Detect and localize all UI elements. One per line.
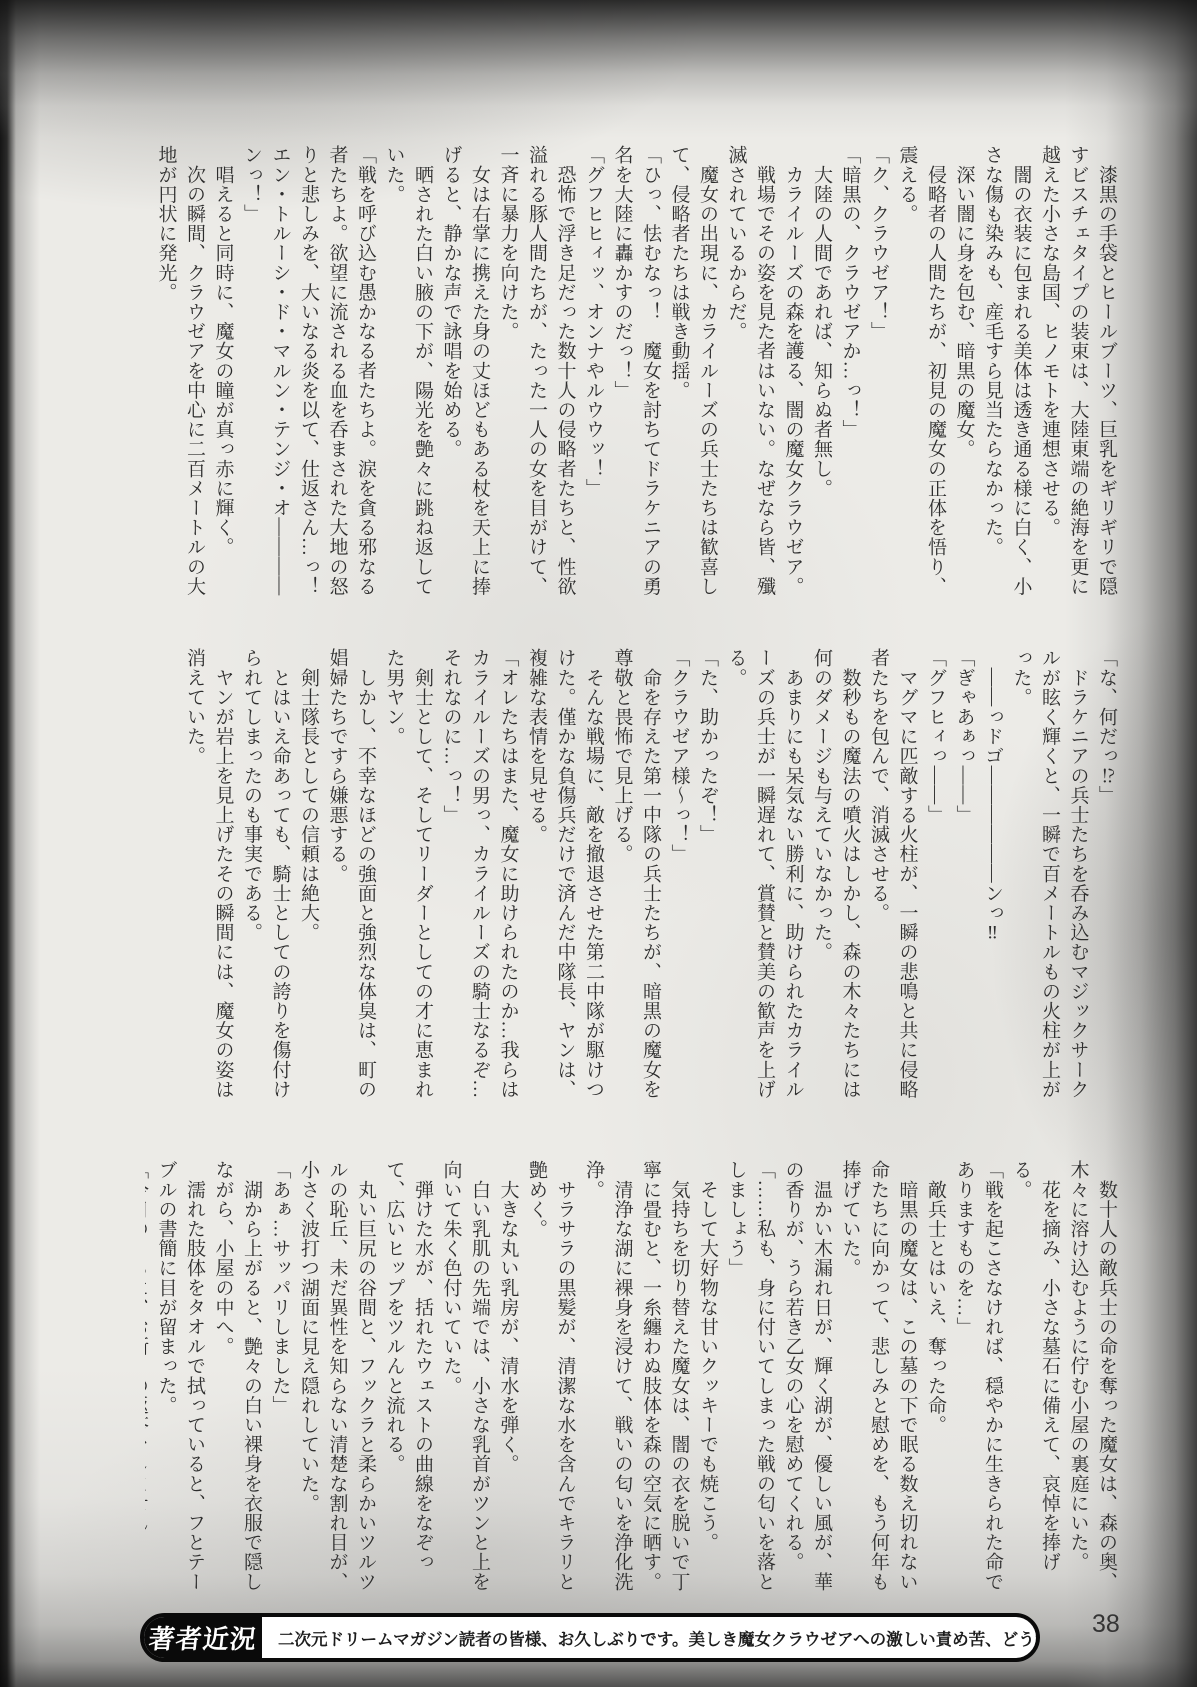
paragraph: 命を存えた第一中隊の兵士たちが、暗黒の魔女を尊敬と畏怖で見上げる。 — [607, 648, 664, 1104]
paragraph: 濡れた肢体をタオルで拭っていると、フとテーブルの書簡に目が留まった。 — [151, 1160, 208, 1596]
paragraph: 数十人の敵兵士の命を奪った魔女は、森の奥、木々に溶け込むように佇む小屋の裏庭にい… — [1063, 1160, 1120, 1596]
paragraph: 「暗黒の、クラウゼアか…っ！」 — [835, 145, 864, 609]
paragraph: 「あぁ…サッパリしました」 — [265, 1160, 294, 1596]
paragraph: 「た、助かったぞ！」 — [693, 648, 722, 1104]
paragraph: 剣士として、そしてリーダーとしての才に恵まれた男ヤン。 — [379, 648, 436, 1104]
paragraph: 大きな丸い乳房が、清水を弾く。 — [493, 1160, 522, 1596]
paragraph: 次の瞬間、クラウゼアを中心に二百メートルの大地が円状に発光。 — [151, 145, 208, 609]
paragraph: 湖から上がると、艶々の白い裸身を衣服で隠しながら、小屋の中へ。 — [208, 1160, 265, 1596]
paragraph: 白い乳肌の先端では、小さな乳首がツンと上を向いて朱く色付いていた。 — [436, 1160, 493, 1596]
paragraph: 弾けた水が、括れたウェストの曲線をなぞって、広いヒップをツルんと流れる。 — [379, 1160, 436, 1596]
paragraph: 「オレたちはまた、魔女に助けられたのか…我らはカライルーズの男っ、カライルーズの… — [436, 648, 522, 1104]
paragraph: そして大好物な甘いクッキーでも焼こう。 — [693, 1160, 722, 1596]
author-note-label: 著者近況 — [144, 1617, 262, 1658]
paragraph: ヤンが岩上を見上げたその瞬間には、魔女の姿は消えていた。 — [180, 648, 237, 1104]
text-band-bottom: 数十人の敵兵士の命を奪った魔女は、森の奥、木々に溶け込むように佇む小屋の裏庭にい… — [145, 1160, 1120, 1596]
text-band-middle: 「な、何だっ⁉」 ドラケニアの兵士たちを呑み込むマジックサークルが眩く輝くと、一… — [145, 648, 1120, 1104]
author-note-bar: 著者近況 二次元ドリームマガジン読者の皆様、お久しぶりです。美しき魔女クラウゼア… — [140, 1613, 1040, 1662]
paragraph: とはいえ命あっても、騎士としての誇りを傷付けられてしまったのも事実である。 — [237, 648, 294, 1104]
paragraph: 「ぎゃあぁっ――」 — [949, 648, 978, 1104]
paragraph: 敵兵士とはいえ、奪った命。 — [921, 1160, 950, 1596]
paragraph: 女は右掌に携えた身の丈ほどもある杖を天上に捧げると、静かな声で詠唱を始める。 — [436, 145, 493, 609]
paragraph: 丸い巨尻の谷間と、フックラと柔らかいツルツルの恥丘、未だ異性を知らない清楚な割れ… — [294, 1160, 380, 1596]
paragraph: サラサラの黒髪が、清潔な水を含んでキラリと艶めく。 — [522, 1160, 579, 1596]
paragraph: 「戦を呼び込む愚かなる者たちよ。涙を貪る邪なる者たちよ。欲望に流される血を呑まさ… — [237, 145, 380, 609]
paragraph: 気持ちを切り替えた魔女は、闇の衣を脱いで丁寧に畳むと、一糸纏わぬ肢体を森の空気に… — [636, 1160, 693, 1596]
paragraph: 数秒もの魔法の噴火はしかし、森の木々たちには何のダメージも与えていなかった。 — [807, 648, 864, 1104]
paragraph: 「グフヒィっ――」 — [921, 648, 950, 1104]
paragraph: 「ク、クラウゼア！」 — [864, 145, 893, 609]
paragraph: しかし、不幸なほどの強面と強烈な体臭は、町の娼婦たちですら嫌悪する。 — [322, 648, 379, 1104]
author-note-message: 二次元ドリームマガジン読者の皆様、お久しぶりです。美しき魔女クラウゼアへの激しい… — [262, 1617, 1036, 1658]
paragraph: 温かい木漏れ日が、輝く湖が、優しい風が、華の香りが、うら若き乙女の心を慰めてくれ… — [778, 1160, 835, 1596]
paragraph: 清浄な湖に裸身を浸けて、戦いの匂いを浄化洗浄。 — [579, 1160, 636, 1596]
paragraph: 「な、何だっ⁉」 — [1092, 648, 1121, 1104]
paragraph: 魔女の出現に、カライルーズの兵士たちは歓喜して、侵略者たちは戦き動揺。 — [664, 145, 721, 609]
paragraph: 恐怖で浮き足だった数十人の侵略者たちと、性欲溢れる豚人間たちが、たった一人の女を… — [493, 145, 579, 609]
text-band-top: 漆黒の手袋とヒールブーツ、巨乳をギリギリで隠すビスチェタイプの装束は、大陸東端の… — [145, 145, 1120, 609]
paragraph: 「グフヒヒィッ、オンナやルウウッ！」 — [579, 145, 608, 609]
paragraph: 深い闇に身を包む、暗黒の魔女。 — [949, 145, 978, 609]
paragraph: 「……私も、身に付いてしまった戦の匂いを落としましょう」 — [721, 1160, 778, 1596]
author-note-label-text: 著者近況 — [147, 1619, 259, 1656]
paragraph: 闇の衣装に包まれる美体は透き通る様に白く、小さな傷も染みも、産毛すら見当たらなか… — [978, 145, 1035, 609]
paragraph: カライルーズの森を護る、闇の魔女クラウゼア。 — [778, 145, 807, 609]
paragraph: 戦場でその姿を見た者はいない。なぜなら皆、殲滅されているからだ。 — [721, 145, 778, 609]
paragraph: 大陸の人間であれば、知らぬ者無し。 — [807, 145, 836, 609]
paragraph: あまりにも呆気ない勝利に、助けられたカライルーズの兵士が一瞬遅れて、賞賛と賛美の… — [721, 648, 807, 1104]
paragraph: 漆黒の手袋とヒールブーツ、巨乳をギリギリで隠すビスチェタイプの装束は、大陸東端の… — [1035, 145, 1121, 609]
paragraph: 唱えると同時に、魔女の瞳が真っ赤に輝く。 — [208, 145, 237, 609]
paragraph: 侵略者の人間たちが、初見の魔女の正体を悟り、震える。 — [892, 145, 949, 609]
novel-page: 漆黒の手袋とヒールブーツ、巨乳をギリギリで隠すビスチェタイプの装束は、大陸東端の… — [0, 0, 1197, 1687]
paragraph: ドラケニアの兵士たちを呑み込むマジックサークルが眩く輝くと、一瞬で百メートルもの… — [1006, 648, 1092, 1104]
paragraph: ――っドゴ――――――ンっ‼ — [978, 648, 1007, 1104]
page-number: 38 — [1092, 1610, 1120, 1639]
paragraph: 晒された白い腋の下が、陽光を艶々に跳ね返していた。 — [379, 145, 436, 609]
paragraph: 剣士隊長としての信頼は絶大。 — [294, 648, 323, 1104]
paragraph: 「クラウゼア様〜っ！」 — [664, 648, 693, 1104]
paragraph: マグマに匹敵する火柱が、一瞬の悲鳴と共に侵略者たちを包んで、消滅させる。 — [864, 648, 921, 1104]
paragraph: 花を摘み、小さな墓石に備えて、哀悼を捧げる。 — [1006, 1160, 1063, 1596]
paragraph: 「今日のうちに、お断りの返答をしませんと…」 — [145, 1160, 151, 1596]
paragraph: 暗黒の魔女は、この墓の下で眠る数え切れない命たちに向かって、悲しみと慰めを、もう… — [835, 1160, 921, 1596]
paragraph: そんな戦場に、敵を撤退させた第二中隊が駆けつけた。僅かな負傷兵だけで済んだ中隊長… — [522, 648, 608, 1104]
paragraph: 「ひっ、怯むなっ！ 魔女を討ちてドラケニアの勇名を大陸に轟かすのだっ！」 — [607, 145, 664, 609]
paragraph: 「戦を起こさなければ、穏やかに生きられた命でありますものを…」 — [949, 1160, 1006, 1596]
